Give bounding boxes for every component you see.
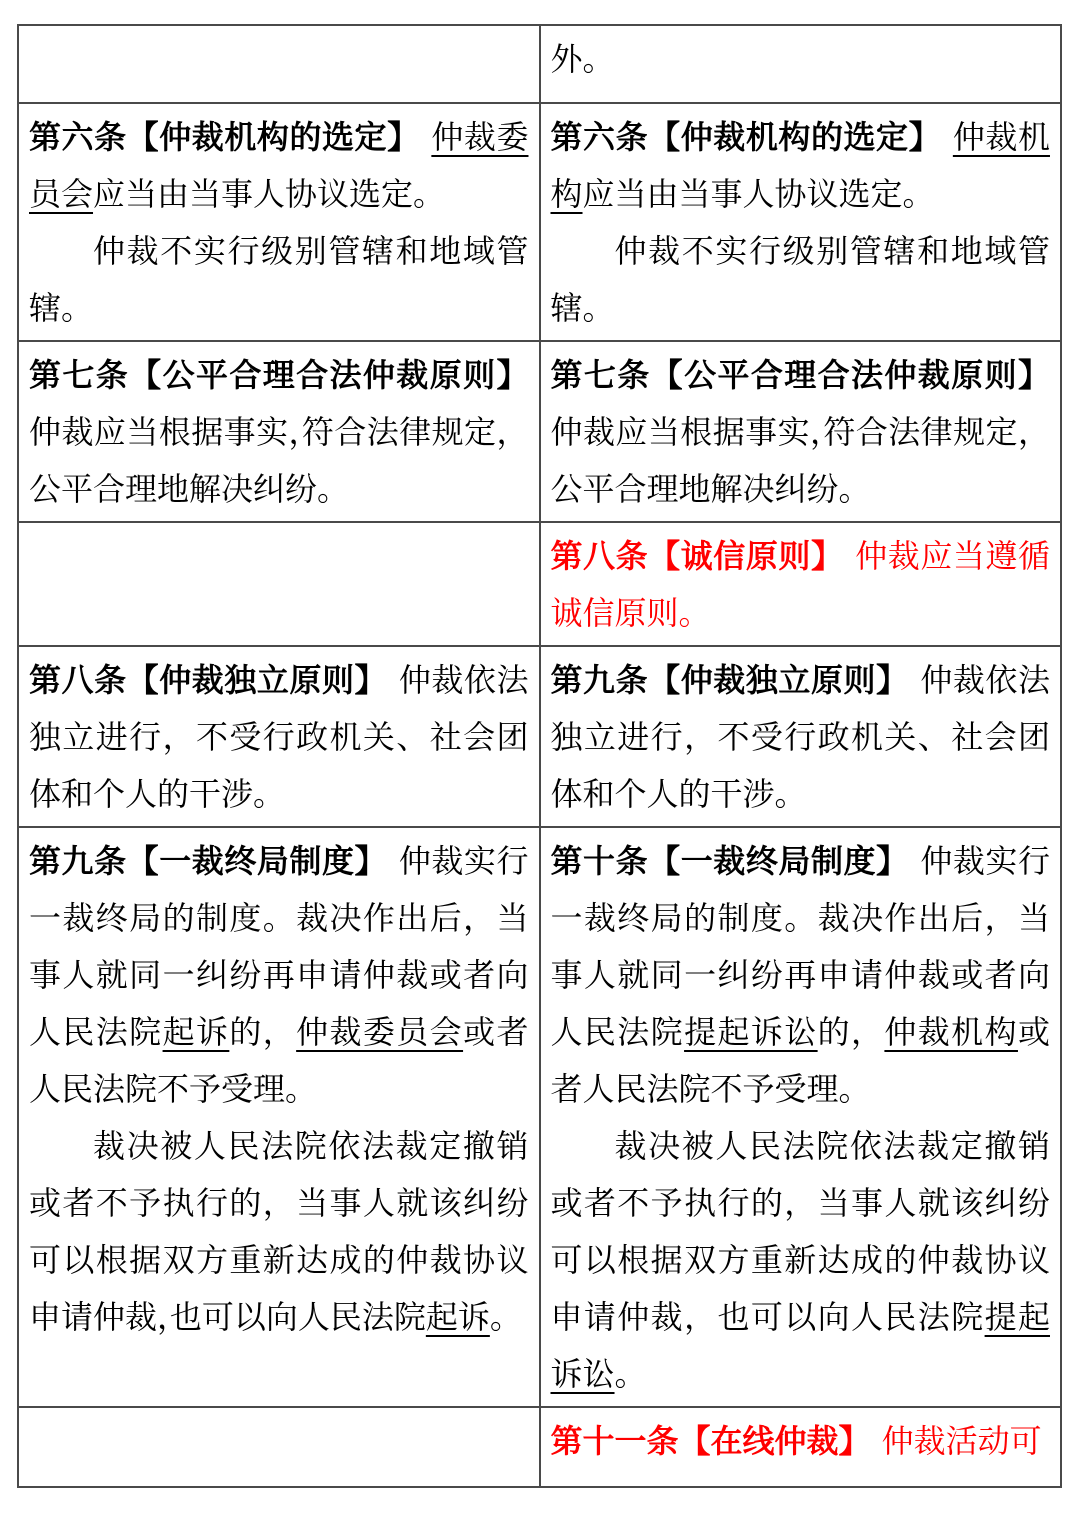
old-version-cell: 第七条【公平合理合法仲裁原则】 仲裁应当根据事实，符合法律规定，公平合理地解决纠… [18,341,540,522]
text-segment: 仲裁活动可 [882,1422,1042,1460]
text-segment: 外。 [551,40,615,78]
new-version-cell: 第六条【仲裁机构的选定】 仲裁机构应当由当事人协议选定。仲裁不实行级别管辖和地域… [540,103,1062,341]
text-segment: 第七条【公平合理合法仲裁原则】 [29,356,529,394]
paragraph: 第九条【仲裁独立原则】 仲裁依法独立进行，不受行政机关、社会团体和个人的干涉。 [551,652,1051,823]
text-segment: 第九条【仲裁独立原则】 [551,661,921,699]
text-segment: 起诉 [426,1298,490,1336]
comparison-table-body: 外。第六条【仲裁机构的选定】 仲裁委员会应当由当事人协议选定。仲裁不实行级别管辖… [18,25,1061,1487]
text-segment: 第八条【仲裁独立原则】 [29,661,399,699]
paragraph: 仲裁不实行级别管辖和地域管辖。 [29,223,529,337]
new-version-cell: 第七条【公平合理合法仲裁原则】 仲裁应当根据事实，符合法律规定，公平合理地解决纠… [540,341,1062,522]
old-version-cell: 第八条【仲裁独立原则】 仲裁依法独立进行，不受行政机关、社会团体和个人的干涉。 [18,646,540,827]
table-row: 第十一条【在线仲裁】 仲裁活动可 [18,1407,1061,1487]
text-segment: 仲裁不实行级别管辖和地域管辖。 [551,232,1051,327]
table-row: 第八条【仲裁独立原则】 仲裁依法独立进行，不受行政机关、社会团体和个人的干涉。第… [18,646,1061,827]
new-version-cell: 第十条【一裁终局制度】 仲裁实行一裁终局的制度。裁决作出后，当事人就同一纠纷再申… [540,827,1062,1407]
text-segment: 仲裁应当根据事实， [551,413,843,451]
old-version-cell [18,25,540,103]
comparison-table: 外。第六条【仲裁机构的选定】 仲裁委员会应当由当事人协议选定。仲裁不实行级别管辖… [17,24,1062,1488]
paragraph: 第九条【一裁终局制度】 仲裁实行一裁终局的制度。裁决作出后，当事人就同一纠纷再申… [29,833,529,1118]
paragraph: 第八条【仲裁独立原则】 仲裁依法独立进行，不受行政机关、社会团体和个人的干涉。 [29,652,529,823]
old-version-cell [18,1407,540,1487]
text-segment: 裁决被人民法院依法裁定撤销或者不予执行的，当事人就该纠纷可以根据双方重新达成的仲… [551,1127,1051,1336]
paragraph: 第十一条【在线仲裁】 仲裁活动可 [551,1413,1051,1470]
text-segment: 的， [229,1013,296,1051]
paragraph: 第六条【仲裁机构的选定】 仲裁委员会应当由当事人协议选定。 [29,109,529,223]
paragraph: 第十条【一裁终局制度】 仲裁实行一裁终局的制度。裁决作出后，当事人就同一纠纷再申… [551,833,1051,1118]
paragraph: 第八条【诚信原则】 仲裁应当遵循诚信原则。 [551,528,1051,642]
text-segment: 的， [818,1013,885,1051]
text-segment: 应当由当事人协议选定。 [93,175,445,213]
text-segment: 第七条【公平合理合法仲裁原则】 [551,356,1051,394]
text-segment: 第六条【仲裁机构的选定】 [29,118,431,156]
text-segment: 仲裁委员会 [296,1013,463,1051]
table-row: 第七条【公平合理合法仲裁原则】 仲裁应当根据事实，符合法律规定，公平合理地解决纠… [18,341,1061,522]
text-segment: 第十一条【在线仲裁】 [551,1422,882,1460]
document-page: 外。第六条【仲裁机构的选定】 仲裁委员会应当由当事人协议选定。仲裁不实行级别管辖… [0,0,1080,1527]
text-segment: 第八条【诚信原则】 [551,537,856,575]
paragraph: 第七条【公平合理合法仲裁原则】 仲裁应当根据事实，符合法律规定，公平合理地解决纠… [29,347,529,518]
text-segment: 第十条【一裁终局制度】 [551,842,921,880]
paragraph: 外。 [551,31,1051,88]
text-segment: 。 [490,1298,522,1336]
paragraph: 仲裁不实行级别管辖和地域管辖。 [551,223,1051,337]
text-segment: 第六条【仲裁机构的选定】 [551,118,953,156]
paragraph: 裁决被人民法院依法裁定撤销或者不予执行的，当事人就该纠纷可以根据双方重新达成的仲… [551,1118,1051,1403]
text-segment: 。 [615,1355,647,1393]
paragraph: 第六条【仲裁机构的选定】 仲裁机构应当由当事人协议选定。 [551,109,1051,223]
text-segment: 仲裁机构 [884,1013,1018,1051]
table-row: 第八条【诚信原则】 仲裁应当遵循诚信原则。 [18,522,1061,646]
paragraph: 裁决被人民法院依法裁定撤销或者不予执行的，当事人就该纠纷可以根据双方重新达成的仲… [29,1118,529,1346]
old-version-cell: 第九条【一裁终局制度】 仲裁实行一裁终局的制度。裁决作出后，当事人就同一纠纷再申… [18,827,540,1407]
table-row: 第六条【仲裁机构的选定】 仲裁委员会应当由当事人协议选定。仲裁不实行级别管辖和地… [18,103,1061,341]
table-row: 第九条【一裁终局制度】 仲裁实行一裁终局的制度。裁决作出后，当事人就同一纠纷再申… [18,827,1061,1407]
text-segment: 仲裁不实行级别管辖和地域管辖。 [29,232,529,327]
text-segment: 申请仲裁， [29,1298,189,1336]
new-version-cell: 第九条【仲裁独立原则】 仲裁依法独立进行，不受行政机关、社会团体和个人的干涉。 [540,646,1062,827]
text-segment: 仲裁应当根据事实， [29,413,321,451]
old-version-cell: 第六条【仲裁机构的选定】 仲裁委员会应当由当事人协议选定。仲裁不实行级别管辖和地… [18,103,540,341]
text-segment: 应当由当事人协议选定。 [583,175,935,213]
text-segment: 提起诉讼 [684,1013,818,1051]
new-version-cell: 第八条【诚信原则】 仲裁应当遵循诚信原则。 [540,522,1062,646]
new-version-cell: 第十一条【在线仲裁】 仲裁活动可 [540,1407,1062,1487]
text-segment: 第九条【一裁终局制度】 [29,842,399,880]
table-row: 外。 [18,25,1061,103]
paragraph: 第七条【公平合理合法仲裁原则】 仲裁应当根据事实，符合法律规定，公平合理地解决纠… [551,347,1051,518]
old-version-cell [18,522,540,646]
text-segment: 裁决被人民法院依法裁定撤销或者不予执行的，当事人就该纠纷可以根据双方重新达成的仲… [29,1127,529,1279]
text-segment: 也可以向人民法院 [170,1298,426,1336]
text-segment: 起诉 [163,1013,230,1051]
new-version-cell: 外。 [540,25,1062,103]
